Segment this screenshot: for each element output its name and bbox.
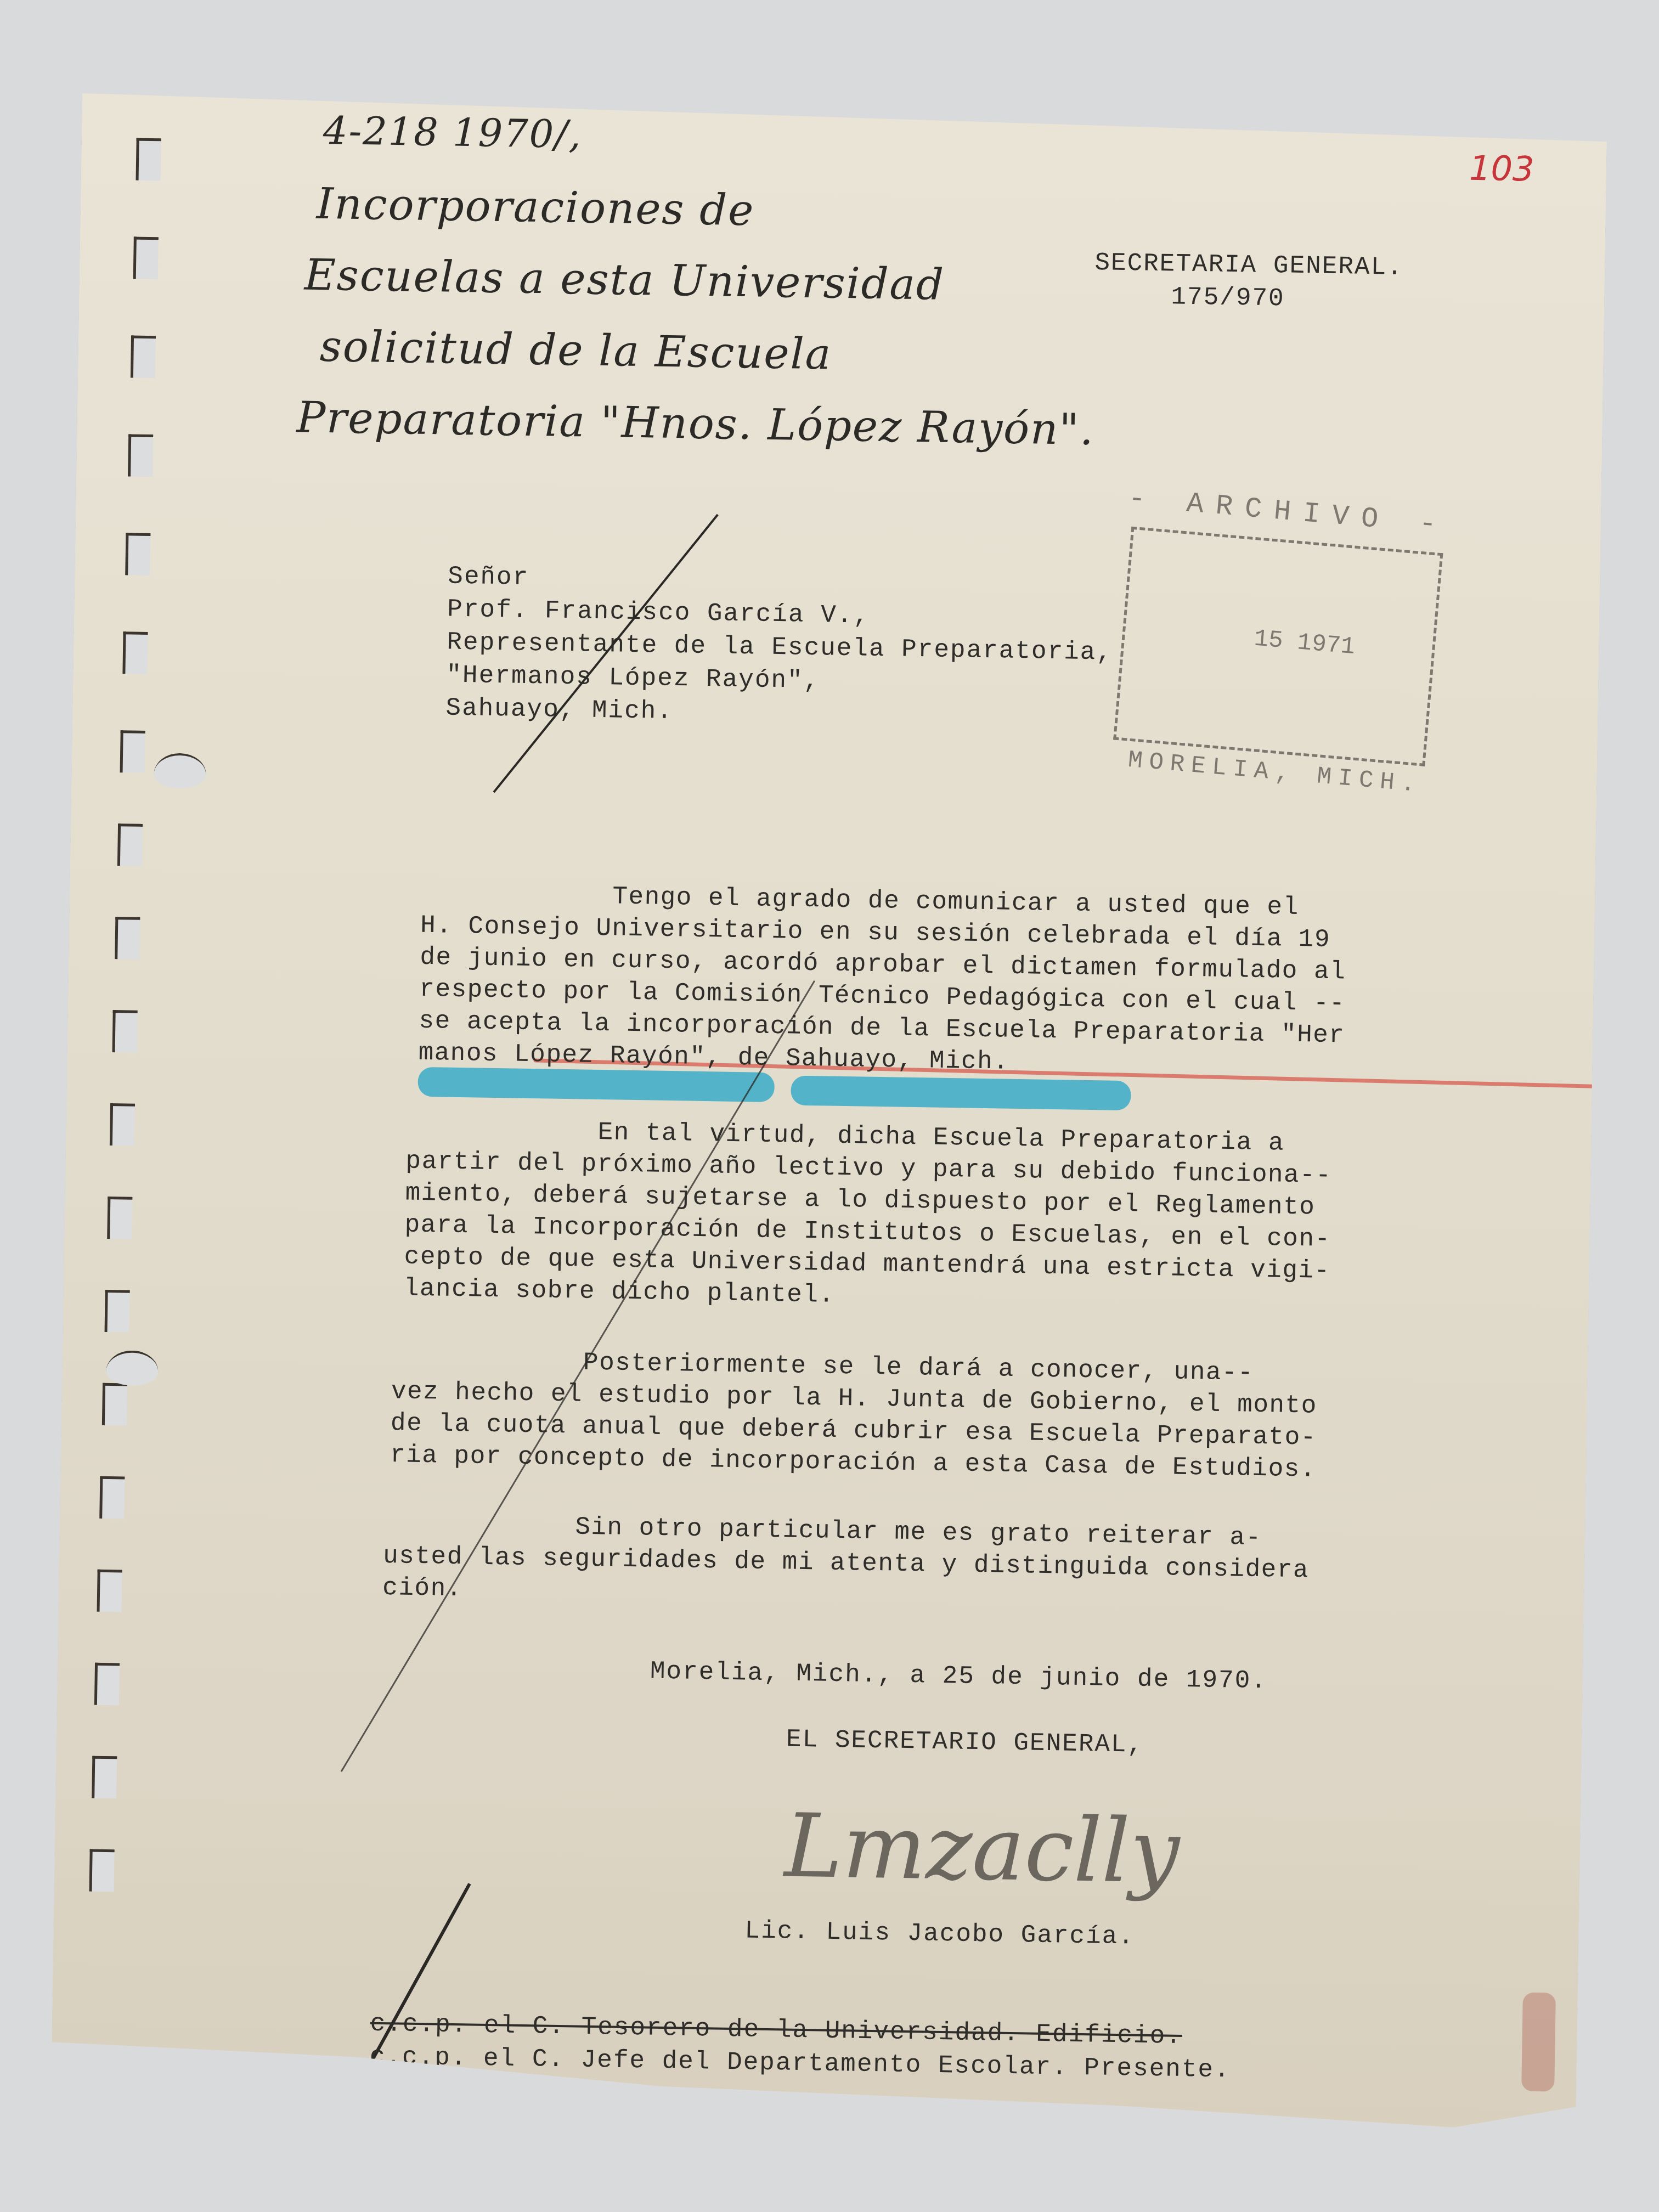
typist-initials: /mel.: [369, 2073, 450, 2107]
handwritten-note-line: solicitud de la Escuela: [319, 322, 832, 380]
punch-hole: [102, 1383, 127, 1426]
handwritten-note-line: Preparatoria "Hnos. López Rayón".: [296, 393, 1095, 455]
recipient-salutation: Señor: [448, 560, 529, 594]
punch-hole: [99, 1476, 125, 1519]
punch-hole: [97, 1570, 122, 1612]
body-paragraph-2: En tal virtud, dicha Escuela Preparatori…: [403, 1114, 1448, 1321]
folio-number: 103: [1469, 148, 1534, 189]
punch-hole: [131, 335, 156, 378]
handwritten-note-line: Escuelas a esta Universidad: [304, 250, 945, 309]
punch-hole: [105, 1290, 130, 1333]
reference-number: 175/970: [1171, 280, 1285, 315]
punch-hole: [115, 917, 140, 960]
paper-stain: [1521, 1993, 1556, 2092]
handwritten-note-line: Incorporaciones de: [316, 179, 755, 236]
punch-hole: [125, 533, 150, 575]
handwritten-signature: Lmzaclly: [784, 1795, 1181, 1903]
punch-hole: [128, 434, 153, 477]
punch-hole: [136, 138, 161, 181]
punch-hole: [107, 1197, 132, 1239]
signatory-name: Lic. Luis Jacobo García.: [744, 1914, 1135, 1953]
punch-hole: [112, 1010, 138, 1053]
body-paragraph-1: Tengo el agrado de comunicar a usted que…: [418, 878, 1463, 1085]
recipient-school: "Hermanos López Rayón",: [446, 659, 820, 698]
signatory-title: EL SECRETARIO GENERAL,: [786, 1723, 1144, 1762]
punch-hole: [120, 730, 145, 773]
body-paragraph-3: Posteriormente se le dará a conocer, una…: [390, 1344, 1434, 1487]
punch-hole: [110, 1103, 135, 1146]
body-paragraph-4: Sin otro particular me es grato reiterar…: [382, 1508, 1426, 1620]
round-punch-hole: [154, 753, 206, 788]
department-header: SECRETARIA GENERAL.: [1094, 246, 1403, 284]
punch-hole: [117, 823, 143, 866]
blue-highlight: [791, 1076, 1131, 1111]
document-page: 103 4-218 1970/, Incorporaciones de Escu…: [50, 93, 1607, 2158]
archive-stamp: - ARCHIVO - 15 1971 MORELIA, MICH.: [1104, 482, 1469, 817]
punch-hole: [94, 1663, 120, 1706]
place-date: Morelia, Mich., a 25 de junio de 1970.: [650, 1655, 1267, 1698]
punch-hole: [122, 631, 148, 674]
handwritten-file-number: 4-218 1970/,: [323, 108, 582, 157]
punch-hole: [133, 237, 159, 280]
punch-hole: [92, 1756, 117, 1799]
binder-punch-holes: [85, 138, 163, 2004]
punch-hole: [89, 1849, 115, 1892]
